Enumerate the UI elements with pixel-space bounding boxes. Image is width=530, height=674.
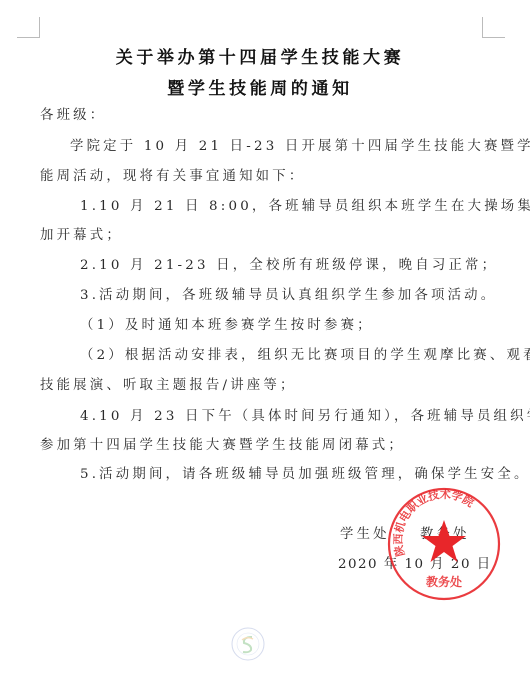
document-title: 关于举办第十四届学生技能大赛 — [0, 43, 520, 68]
body-line: 1.10 月 21 日 8:00，各班辅导员组织本班学生在大操场集合参 — [80, 195, 530, 214]
body-line: 参加第十四届学生技能大赛暨学生技能周闭幕式； — [40, 434, 405, 453]
signature-dept-student-affairs: 学生处 — [340, 523, 390, 542]
school-logo-watermark — [230, 626, 266, 662]
star-icon — [422, 520, 466, 562]
body-line: 学院定于 10 月 21 日-23 日开展第十四届学生技能大赛暨学生技 — [70, 135, 530, 154]
corner-mark-top-left — [17, 17, 40, 38]
body-line: 2.10 月 21-23 日，全校所有班级停课，晚自习正常； — [80, 254, 498, 273]
body-line: 技能展演、听取主题报告/讲座等； — [40, 374, 297, 393]
body-line: （2）根据活动安排表，组织无比赛项目的学生观摩比赛、观看 — [80, 344, 530, 363]
body-line: 3.活动期间，各班级辅导员认真组织学生参加各项活动。 — [80, 284, 497, 303]
body-line: 能周活动，现将有关事宜通知如下： — [40, 165, 305, 184]
corner-mark-top-right — [482, 17, 505, 38]
salutation: 各班级： — [40, 104, 106, 123]
official-seal-stamp: 陕西机电职业技术学院 教务处 — [386, 486, 502, 602]
body-line: （1）及时通知本班参赛学生按时参赛； — [80, 314, 374, 333]
stamp-bottom-text: 教务处 — [425, 574, 462, 589]
body-line: 5.活动期间，请各班级辅导员加强班级管理，确保学生安全。 — [80, 463, 530, 482]
body-line: 4.10 月 23 日下午（具体时间另行通知），各班辅导员组织学生 — [80, 405, 530, 424]
svg-text:陕西机电职业技术学院: 陕西机电职业技术学院 — [391, 487, 477, 558]
document-subtitle: 暨学生技能周的通知 — [0, 74, 520, 99]
body-line: 加开幕式； — [40, 224, 123, 243]
